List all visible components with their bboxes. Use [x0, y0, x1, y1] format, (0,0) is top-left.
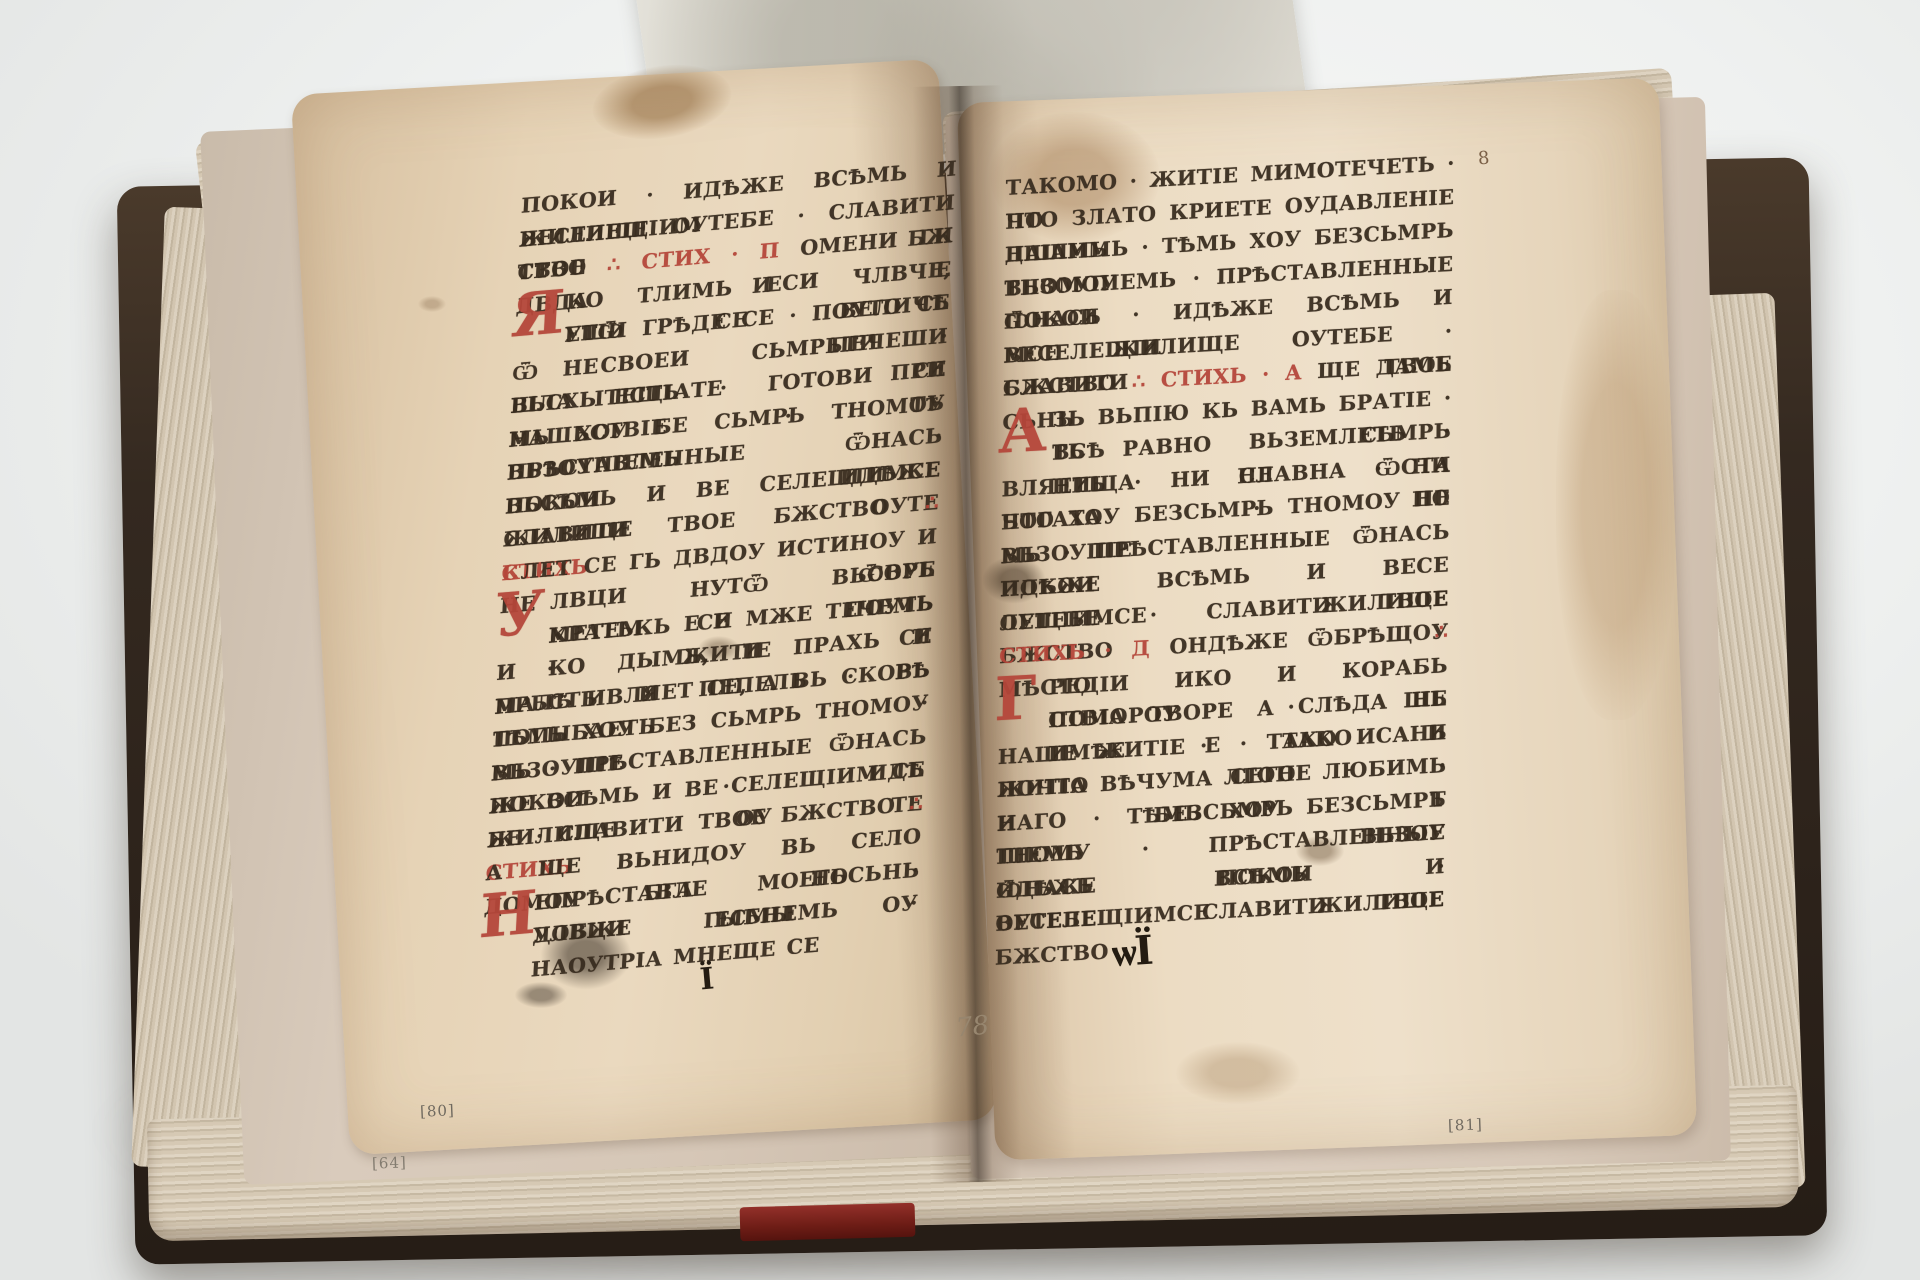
- left-printed-folio-label: [80]: [420, 1101, 456, 1121]
- text-segment: ∴ СТИХЬ · А: [1132, 360, 1302, 393]
- left-under-leaf-label: [64]: [372, 1153, 407, 1172]
- bookmark-ribbon: [740, 1203, 916, 1242]
- handwritten-page-number: 78: [955, 1010, 991, 1043]
- right-page-text: ТАКОМО · ЖИТІЕ МИМОТЕЧЕТЬ · ПОЧТО ЗЛАТО …: [995, 147, 1455, 941]
- right-corner-folio-number: 8: [1477, 148, 1490, 170]
- right-printed-folio-label: [81]: [1448, 1115, 1483, 1134]
- left-page-text: ПОКОИ · ИДѢЖЕ ВСѢМЬ И ВЕСЕЛЕЩІИМЖИЛИЩЕ О…: [481, 152, 957, 957]
- right-quire-signature: ѡЇ: [1110, 927, 1153, 977]
- photo-scene: ПОКОИ · ИДѢЖЕ ВСѢМЬ И ВЕСЕЛЕЩІИМЖИЛИЩЕ О…: [0, 0, 1920, 1280]
